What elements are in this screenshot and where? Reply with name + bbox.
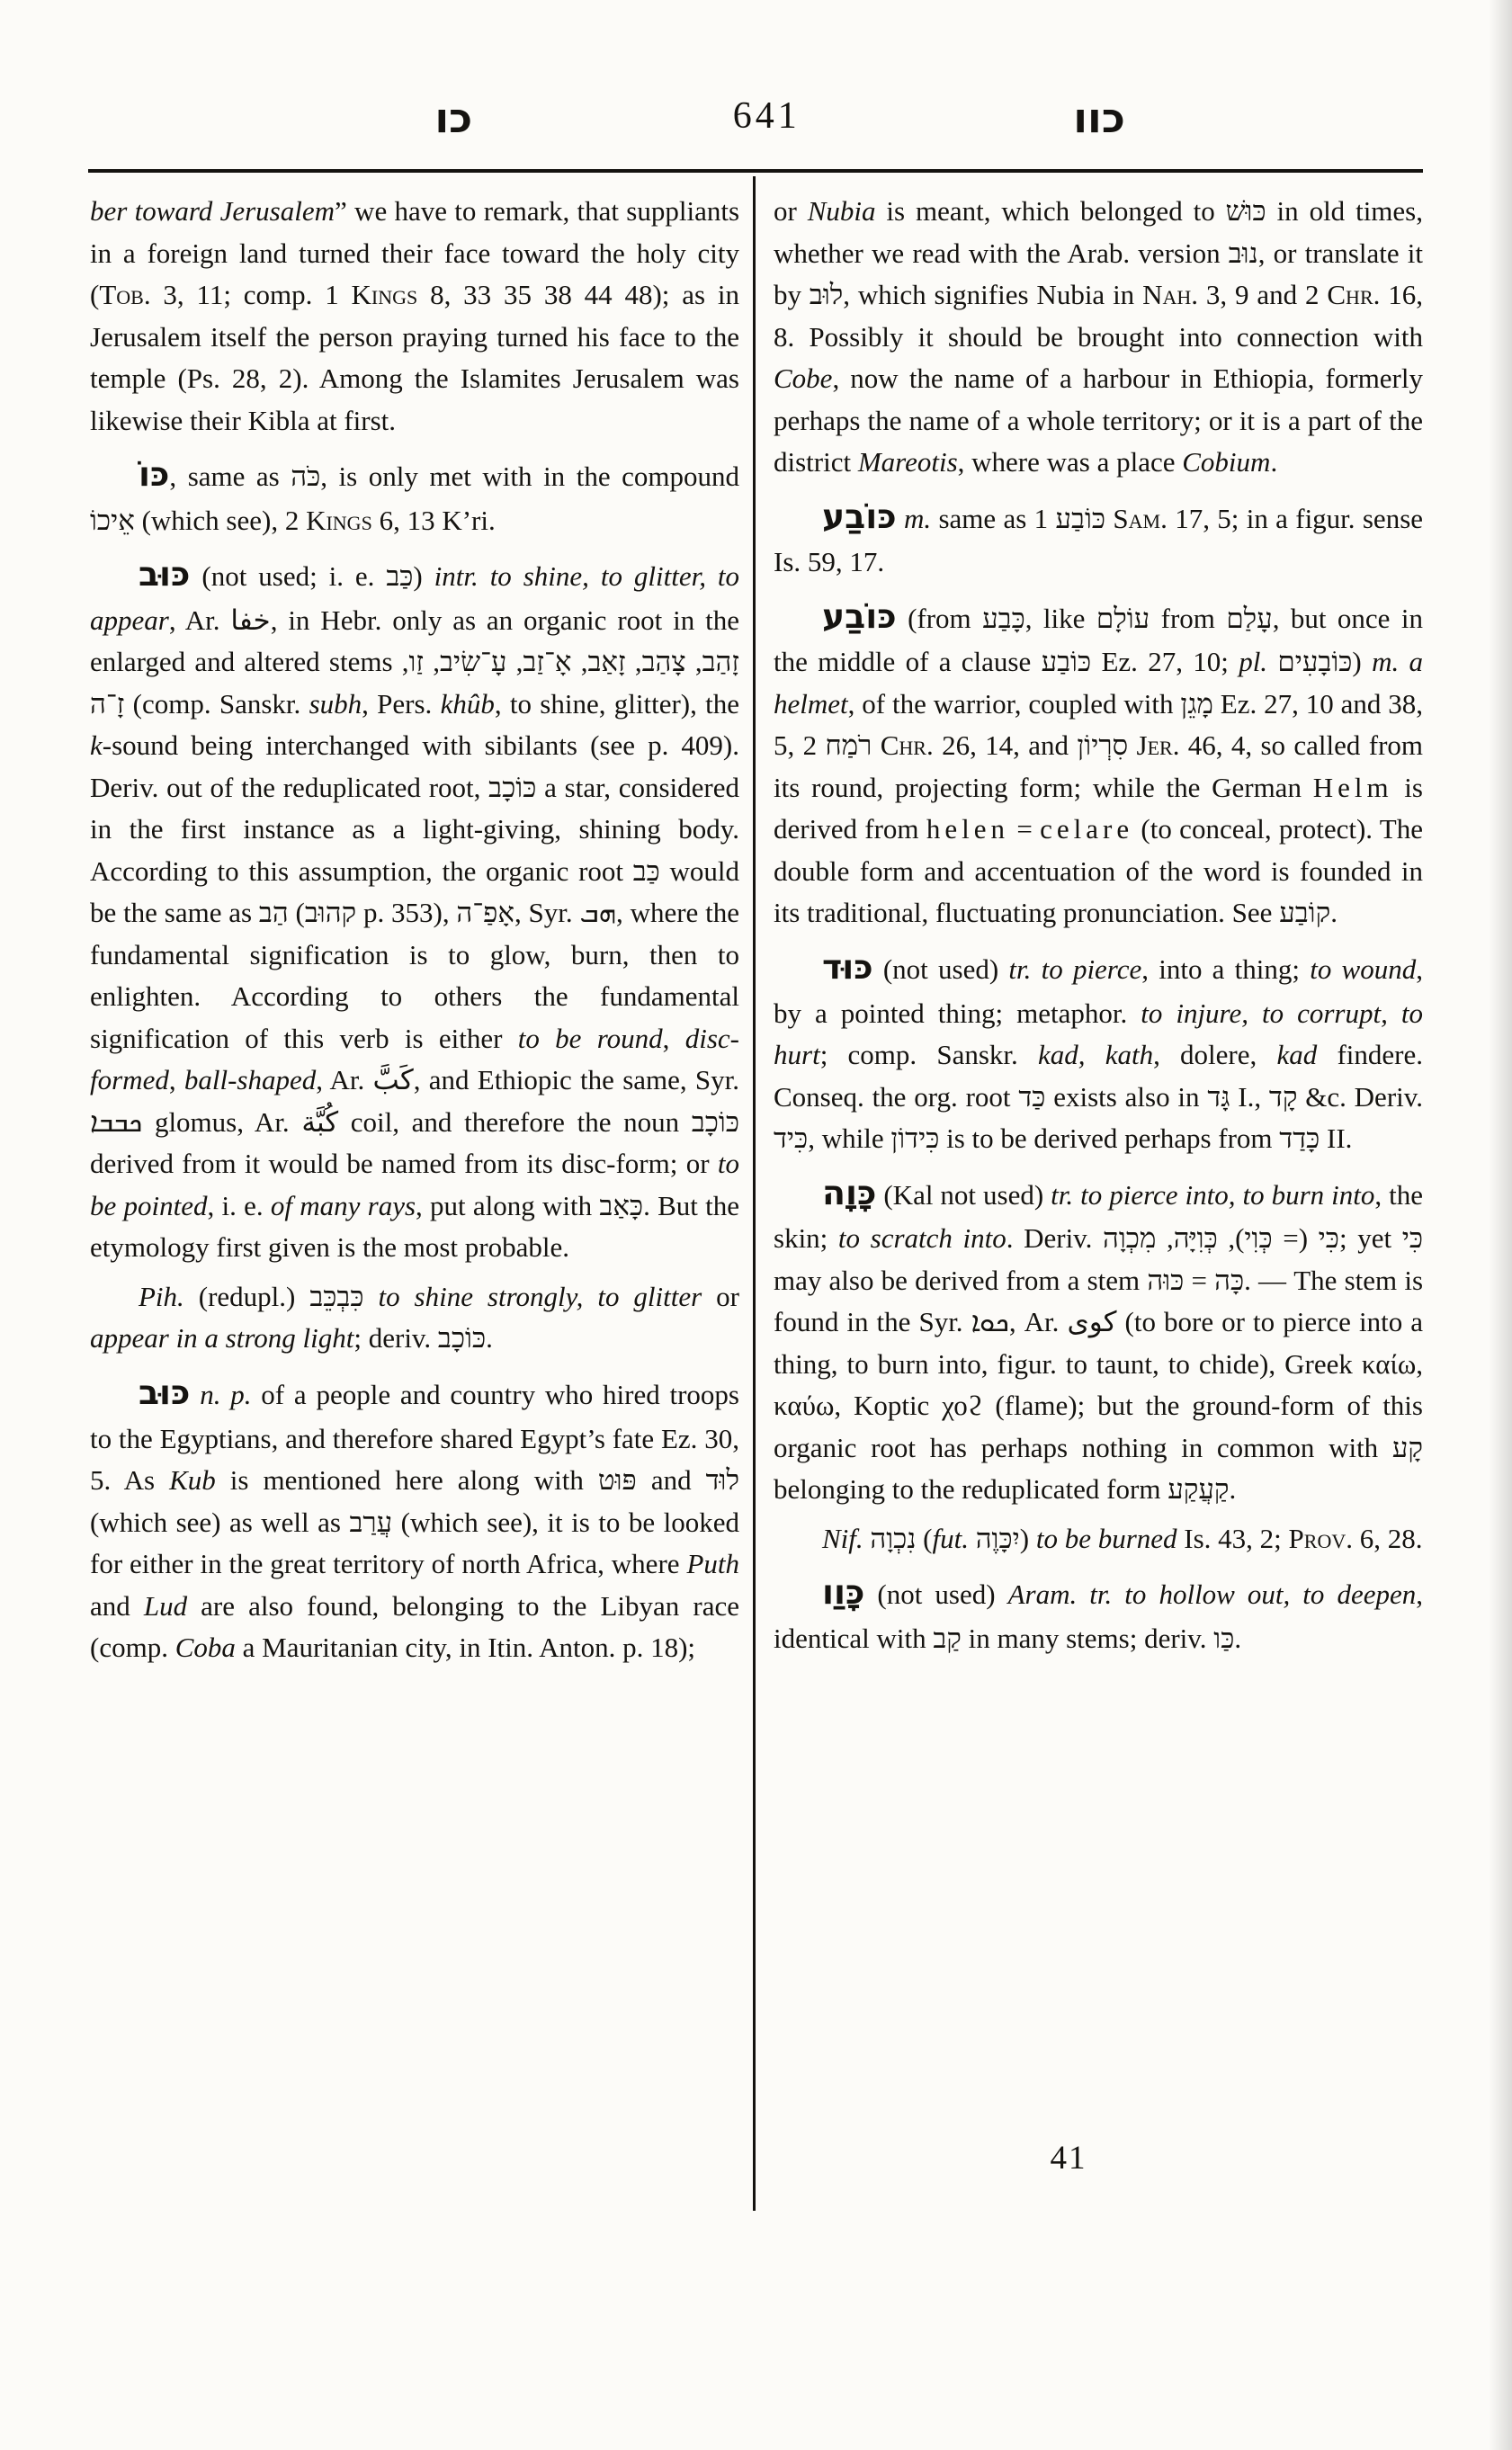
entry-paragraph: כּוּד (not used) tr. to pierce, into a t… xyxy=(774,942,1423,1160)
page-number: 641 xyxy=(733,97,801,135)
entry-paragraph: כּוֹבַע (from כָּבַע, like עוֹלָם from ע… xyxy=(774,591,1423,934)
entry-paragraph: Pih. (redupl.) כִּבְכֵּב to shine strong… xyxy=(90,1276,739,1360)
left-column: ber toward Jerusalem” we have to remark,… xyxy=(90,191,739,1677)
entry-paragraph: ber toward Jerusalem” we have to remark,… xyxy=(90,191,739,442)
right-column: or Nubia is meant, which belonged to כּו… xyxy=(774,191,1423,1677)
entry-paragraph: כּוּב (not used; i. e. כַּב) intr. to sh… xyxy=(90,549,739,1269)
entry-paragraph: כּוֹ, same as כֹּה, is only met with in … xyxy=(90,449,739,541)
header-rule xyxy=(88,169,1423,173)
text-columns: ber toward Jerusalem” we have to remark,… xyxy=(90,191,1423,1677)
entry-paragraph: כָּוַו (not used) Aram. tr. to hollow ou… xyxy=(774,1567,1423,1659)
running-header: כו 641 כוו xyxy=(0,97,1512,169)
entry-paragraph: כָּוָה (Kal not used) tr. to pierce into… xyxy=(774,1167,1423,1511)
entry-paragraph: כּוּב n. p. of a people and country who … xyxy=(90,1367,739,1669)
entry-paragraph: or Nubia is meant, which belonged to כּו… xyxy=(774,191,1423,484)
header-catchword-right: כוו xyxy=(1073,97,1125,139)
header-catchword-left: כו xyxy=(434,97,472,139)
signature-number: 41 xyxy=(1051,2139,1087,2177)
entry-paragraph: כּוֹבַע m. same as כּוֹבַע 1 Sam. 17, 5;… xyxy=(774,491,1423,584)
page: כו 641 כוו ber toward Jerusalem” we have… xyxy=(0,0,1512,2450)
entry-paragraph: Nif. נִכְוָה (fut. יִכָּוֶה) to be burne… xyxy=(774,1518,1423,1560)
